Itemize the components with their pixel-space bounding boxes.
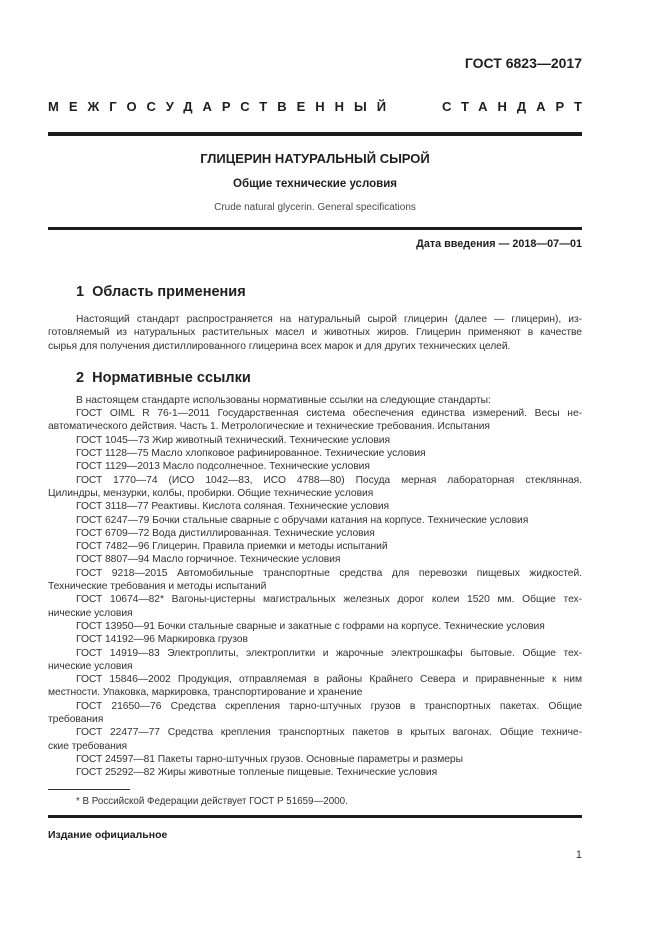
paragraph: ГОСТ 8807—94 Масло горчичное. Технически… [48, 553, 582, 566]
effective-date: Дата введения — 2018—07—01 [48, 238, 582, 250]
text-line: нические условия [48, 607, 582, 620]
text-line: нические условия [48, 660, 582, 673]
paragraph: ГОСТ 21650—76 Средства скрепления тарно-… [48, 700, 582, 727]
paragraph: ГОСТ 15846—2002 Продукция, отправляемая … [48, 673, 582, 700]
section-1-heading: 1 Область применения [48, 284, 582, 300]
text-line: автоматического действия. Часть 1. Метро… [48, 420, 582, 433]
section-1-number: 1 [76, 284, 84, 300]
text-line: Технические требования и методы испытани… [48, 580, 582, 593]
text-line: ГОСТ 15846—2002 Продукция, отправляемая … [48, 673, 582, 686]
text-line: ГОСТ OIML R 76-1—2011 Государственная си… [48, 407, 582, 420]
text-line: ГОСТ 8807—94 Масло горчичное. Технически… [48, 553, 582, 566]
standard-type-word-1: МЕЖГОСУДАРСТВЕННЫЙ [48, 100, 396, 114]
text-line: ГОСТ 13950—91 Бочки стальные сварные и з… [48, 620, 582, 633]
text-line: ГОСТ 21650—76 Средства скрепления тарно-… [48, 700, 582, 713]
section-1-body: Настоящий стандарт распространяется на н… [48, 313, 582, 353]
paragraph: ГОСТ 24597—81 Пакеты тарно-штучных грузо… [48, 753, 582, 766]
text-line: Цилиндры, мензурки, колбы, пробирки. Общ… [48, 487, 582, 500]
paragraph: ГОСТ 9218—2015 Автомобильные транспортны… [48, 567, 582, 594]
section-2-title: Нормативные ссылки [92, 370, 251, 386]
text-line: В настоящем стандарте использованы норма… [48, 394, 582, 407]
paragraph: ГОСТ 14192—96 Маркировка грузов [48, 633, 582, 646]
section-2-heading: 2 Нормативные ссылки [48, 370, 582, 386]
paragraph: ГОСТ 1770—74 (ИСО 1042—83, ИСО 4788—80) … [48, 474, 582, 501]
header-bottom-rule [48, 227, 582, 230]
text-line: Настоящий стандарт распространяется на н… [48, 313, 582, 326]
standard-type-word-2: СТАНДАРТ [442, 100, 592, 114]
section-2-number: 2 [76, 370, 84, 386]
paragraph: ГОСТ 7482—96 Глицерин. Правила приемки и… [48, 540, 582, 553]
page-number: 1 [48, 849, 582, 861]
text-line: требования [48, 713, 582, 726]
text-line: ГОСТ 9218—2015 Автомобильные транспортны… [48, 567, 582, 580]
footnote-text: * В Российской Федерации действует ГОСТ … [48, 796, 582, 808]
text-line: ГОСТ 22477—77 Средства крепления транспо… [48, 726, 582, 739]
text-line: ГОСТ 14192—96 Маркировка грузов [48, 633, 582, 646]
text-line: ГОСТ 25292—82 Жиры животные топленые пищ… [48, 766, 582, 779]
footer-rule [48, 815, 582, 818]
document-title-en: Crude natural glycerin. General specific… [48, 202, 582, 213]
paragraph: ГОСТ 10674—82* Вагоны-цистерны магистрал… [48, 593, 582, 620]
document-number: ГОСТ 6823—2017 [48, 56, 582, 71]
text-line: сырья для получения дистиллированного гл… [48, 340, 582, 353]
text-line: ГОСТ 10674—82* Вагоны-цистерны магистрал… [48, 593, 582, 606]
document-subtitle-ru: Общие технические условия [48, 178, 582, 191]
text-line: местности. Упаковка, маркировка, транспо… [48, 686, 582, 699]
text-line: ГОСТ 1129—2013 Масло подсолнечное. Техни… [48, 460, 582, 473]
text-line: ГОСТ 6709—72 Вода дистиллированная. Техн… [48, 527, 582, 540]
paragraph: ГОСТ 25292—82 Жиры животные топленые пищ… [48, 766, 582, 779]
paragraph: ГОСТ 1129—2013 Масло подсолнечное. Техни… [48, 460, 582, 473]
paragraph: ГОСТ 3118—77 Реактивы. Кислота соляная. … [48, 500, 582, 513]
paragraph: ГОСТ OIML R 76-1—2011 Государственная си… [48, 407, 582, 434]
paragraph: ГОСТ 6247—79 Бочки стальные сварные с об… [48, 514, 582, 527]
paragraph: В настоящем стандарте использованы норма… [48, 394, 582, 407]
paragraph: ГОСТ 1128—75 Масло хлопковое рафинирован… [48, 447, 582, 460]
paragraph: ГОСТ 6709—72 Вода дистиллированная. Техн… [48, 527, 582, 540]
edition-note: Издание официальное [48, 829, 582, 841]
paragraph: Настоящий стандарт распространяется на н… [48, 313, 582, 353]
section-2-references-list: В настоящем стандарте использованы норма… [48, 394, 582, 780]
text-line: ГОСТ 14919—83 Электроплиты, электроплитк… [48, 647, 582, 660]
paragraph: ГОСТ 14919—83 Электроплиты, электроплитк… [48, 647, 582, 674]
document-content-column: ГОСТ 6823—2017 МЕЖГОСУДАРСТВЕННЫЙ СТАНДА… [48, 0, 582, 861]
footnote-separator-rule [48, 789, 130, 790]
paragraph: ГОСТ 13950—91 Бочки стальные сварные и з… [48, 620, 582, 633]
text-line: ГОСТ 1045—73 Жир животный технический. Т… [48, 434, 582, 447]
paragraph: ГОСТ 1045—73 Жир животный технический. Т… [48, 434, 582, 447]
text-line: ГОСТ 6247—79 Бочки стальные сварные с об… [48, 514, 582, 527]
gost-document-page: ГОСТ 6823—2017 МЕЖГОСУДАРСТВЕННЫЙ СТАНДА… [0, 0, 661, 935]
paragraph: ГОСТ 22477—77 Средства крепления транспо… [48, 726, 582, 753]
text-line: ГОСТ 1128—75 Масло хлопковое рафинирован… [48, 447, 582, 460]
document-title-ru: ГЛИЦЕРИН НАТУРАЛЬНЫЙ СЫРОЙ [48, 152, 582, 166]
text-line: ГОСТ 3118—77 Реактивы. Кислота соляная. … [48, 500, 582, 513]
standard-type-banner: МЕЖГОСУДАРСТВЕННЫЙ СТАНДАРТ [48, 100, 582, 114]
text-line: ГОСТ 7482—96 Глицерин. Правила приемки и… [48, 540, 582, 553]
text-line: ГОСТ 1770—74 (ИСО 1042—83, ИСО 4788—80) … [48, 474, 582, 487]
text-line: ГОСТ 24597—81 Пакеты тарно-штучных грузо… [48, 753, 582, 766]
text-line: ские требования [48, 740, 582, 753]
section-1-title: Область применения [92, 284, 246, 300]
text-line: готовляемый из натуральных растительных … [48, 326, 582, 339]
header-top-rule [48, 132, 582, 136]
